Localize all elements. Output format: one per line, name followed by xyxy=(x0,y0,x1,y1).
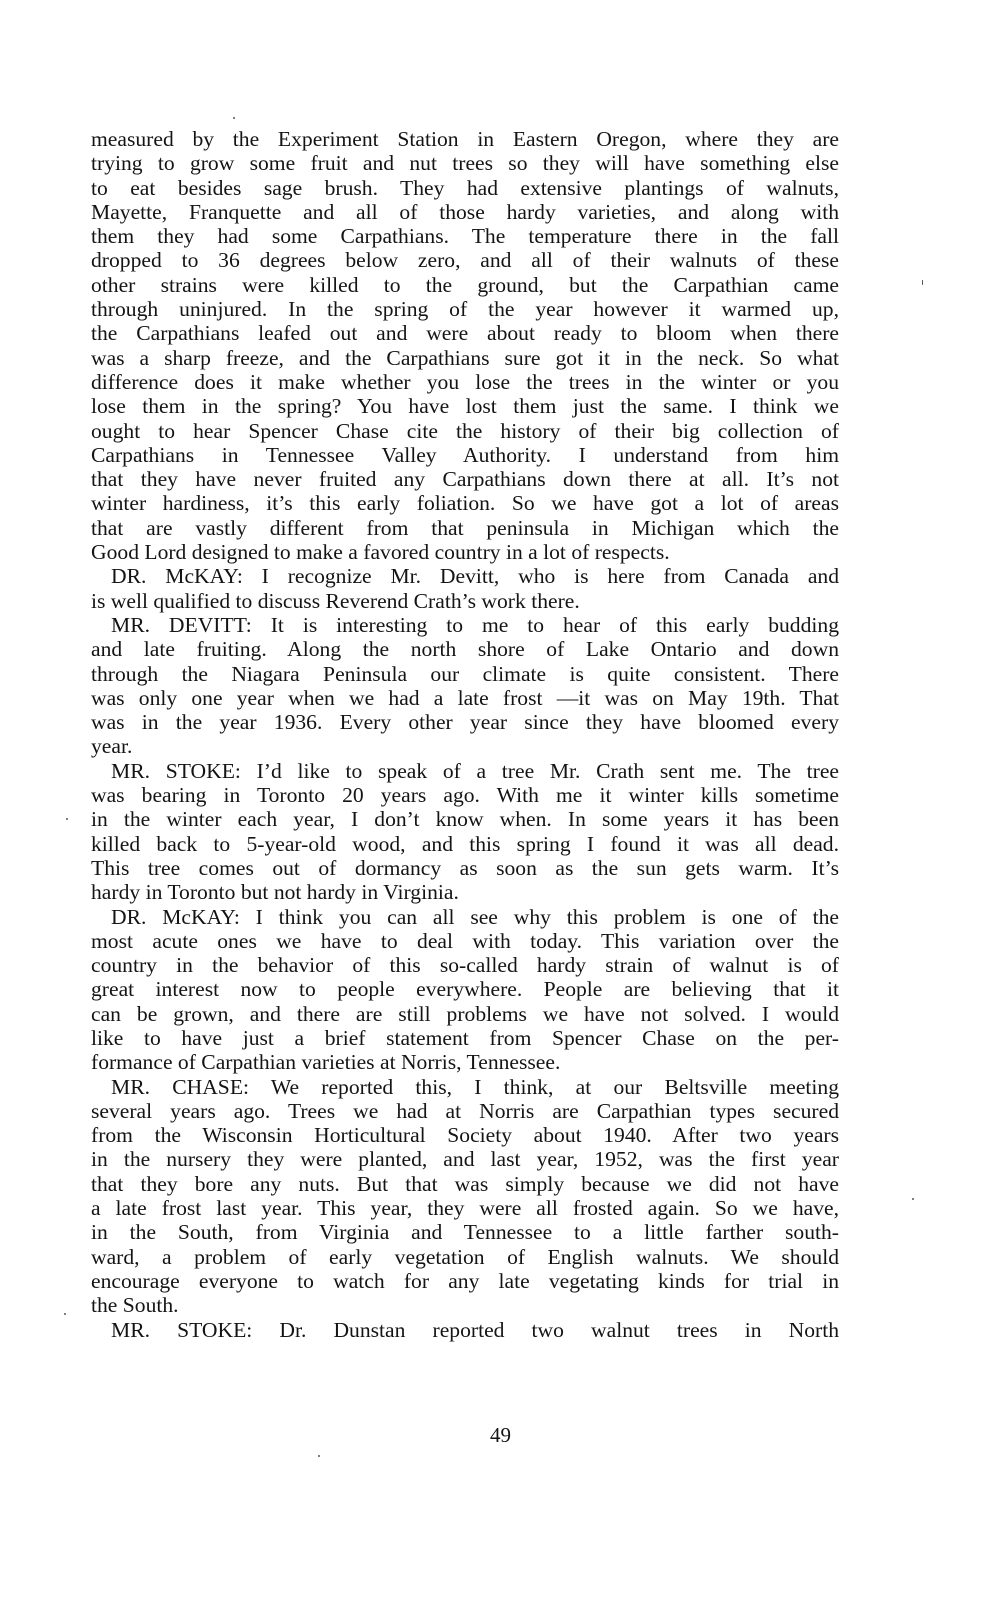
text-line: like to have just a brief statement from… xyxy=(91,1026,839,1050)
text-line: a late frost last year. This year, they … xyxy=(91,1196,839,1220)
text-line: great interest now to people everywhere.… xyxy=(91,977,839,1001)
text-line: was only one year when we had a late fro… xyxy=(91,686,839,710)
text-line: difference does it make whether you lose… xyxy=(91,370,839,394)
text-line: hardy in Toronto but not hardy in Virgin… xyxy=(91,880,839,904)
text-line: measured by the Experiment Station in Ea… xyxy=(91,127,839,151)
scan-speck xyxy=(64,1313,66,1315)
text-line: was in the year 1936. Every other year s… xyxy=(91,710,839,734)
document-body: measured by the Experiment Station in Ea… xyxy=(91,127,839,1342)
paragraph-continuation: measured by the Experiment Station in Ea… xyxy=(91,127,839,564)
text-line: them they had some Carpathians. The temp… xyxy=(91,224,839,248)
scan-speck xyxy=(233,117,235,119)
text-line: MR. DEVITT: It is interesting to me to h… xyxy=(91,613,839,637)
text-line: through uninjured. In the spring of the … xyxy=(91,297,839,321)
text-line: Carpathians in Tennessee Valley Authorit… xyxy=(91,443,839,467)
text-line: from the Wisconsin Horticultural Society… xyxy=(91,1123,839,1147)
text-line: in the winter each year, I don’t know wh… xyxy=(91,807,839,831)
text-line: lose them in the spring? You have lost t… xyxy=(91,394,839,418)
text-line: the Carpathians leafed out and were abou… xyxy=(91,321,839,345)
text-line: year. xyxy=(91,734,839,758)
scan-speck xyxy=(912,1198,914,1200)
text-line: other strains were killed to the ground,… xyxy=(91,273,839,297)
text-line: to eat besides sage brush. They had exte… xyxy=(91,176,839,200)
text-line: DR. McKAY: I recognize Mr. Devitt, who i… xyxy=(91,564,839,588)
text-line: MR. STOKE: I’d like to speak of a tree M… xyxy=(91,759,839,783)
text-line: and late fruiting. Along the north shore… xyxy=(91,637,839,661)
text-line: Mayette, Franquette and all of those har… xyxy=(91,200,839,224)
text-line: This tree comes out of dormancy as soon … xyxy=(91,856,839,880)
text-line: Good Lord designed to make a favored cou… xyxy=(91,540,839,564)
text-line: the South. xyxy=(91,1293,839,1317)
text-line: country in the behavior of this so-calle… xyxy=(91,953,839,977)
text-line: several years ago. Trees we had at Norri… xyxy=(91,1099,839,1123)
text-line: is well qualified to discuss Reverend Cr… xyxy=(91,589,839,613)
paragraph-mr-stoke-2: MR. STOKE: Dr. Dunstan reported two waln… xyxy=(91,1318,839,1342)
text-line: trying to grow some fruit and nut trees … xyxy=(91,151,839,175)
text-line: in the nursery they were planted, and la… xyxy=(91,1147,839,1171)
paragraph-dr-mckay-2: DR. McKAY: I think you can all see why t… xyxy=(91,905,839,1075)
scan-speck xyxy=(922,280,923,285)
text-line: was a sharp freeze, and the Carpathians … xyxy=(91,346,839,370)
text-line: through the Niagara Peninsula our climat… xyxy=(91,662,839,686)
paragraph-mr-chase: MR. CHASE: We reported this, I think, at… xyxy=(91,1075,839,1318)
paragraph-mr-devitt: MR. DEVITT: It is interesting to me to h… xyxy=(91,613,839,759)
text-line: that they bore any nuts. But that was si… xyxy=(91,1172,839,1196)
text-line: killed back to 5-year-old wood, and this… xyxy=(91,832,839,856)
paragraph-mr-stoke-1: MR. STOKE: I’d like to speak of a tree M… xyxy=(91,759,839,905)
text-line: that they have never fruited any Carpath… xyxy=(91,467,839,491)
page-number: 49 xyxy=(0,1423,1001,1448)
text-line: DR. McKAY: I think you can all see why t… xyxy=(91,905,839,929)
text-line: ought to hear Spencer Chase cite the his… xyxy=(91,419,839,443)
text-line: can be grown, and there are still proble… xyxy=(91,1002,839,1026)
text-line: dropped to 36 degrees below zero, and al… xyxy=(91,248,839,272)
text-line: most acute ones we have to deal with tod… xyxy=(91,929,839,953)
scan-speck xyxy=(318,1455,320,1457)
text-line: MR. STOKE: Dr. Dunstan reported two waln… xyxy=(91,1318,839,1342)
text-line: in the South, from Virginia and Tennesse… xyxy=(91,1220,839,1244)
text-line: ward, a problem of early vegetation of E… xyxy=(91,1245,839,1269)
paragraph-dr-mckay-1: DR. McKAY: I recognize Mr. Devitt, who i… xyxy=(91,564,839,613)
text-line: that are vastly different from that peni… xyxy=(91,516,839,540)
text-line: formance of Carpathian varieties at Norr… xyxy=(91,1050,839,1074)
text-line: encourage everyone to watch for any late… xyxy=(91,1269,839,1293)
text-line: was bearing in Toronto 20 years ago. Wit… xyxy=(91,783,839,807)
scan-speck xyxy=(66,818,68,820)
text-line: winter hardiness, it’s this early foliat… xyxy=(91,491,839,515)
text-line: MR. CHASE: We reported this, I think, at… xyxy=(91,1075,839,1099)
